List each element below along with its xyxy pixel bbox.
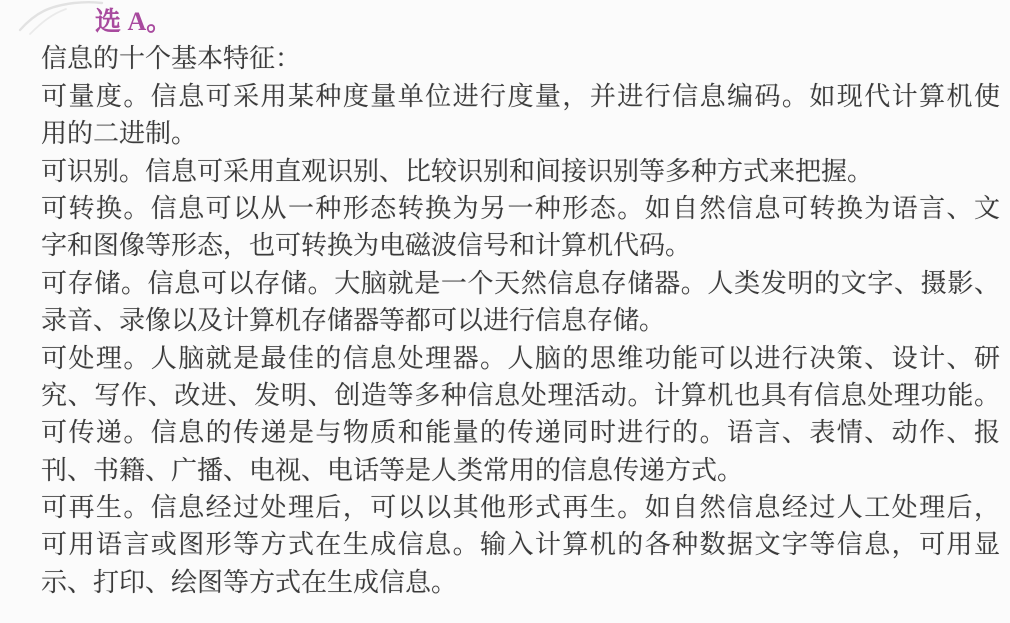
text-line: 可用语言或图形等方式在生成信息。输入计算机的各种数据文字等信息，可用显 <box>41 526 1000 563</box>
text-line: 录音、录像以及计算机存储器等都可以进行信息存储。 <box>41 302 1000 339</box>
answer-text: 选 A。 <box>41 3 1000 40</box>
text-line: 可量度。信息可采用某种度量单位进行度量，并进行信息编码。如现代计算机使 <box>41 78 1000 115</box>
text-line: 示、打印、绘图等方式在生成信息。 <box>41 564 1000 601</box>
text-line: 用的二进制。 <box>41 115 1000 152</box>
text-line: 可处理。人脑就是最佳的信息处理器。人脑的思维功能可以进行决策、设计、研 <box>41 340 1000 377</box>
text-line: 可转换。信息可以从一种形态转换为另一种形态。如自然信息可转换为语言、文 <box>41 190 1000 227</box>
text-line: 究、写作、改进、发明、创造等多种信息处理活动。计算机也具有信息处理功能。 <box>41 377 1000 414</box>
section-heading: 信息的十个基本特征： <box>41 40 1000 77</box>
document-page: 选 A。 信息的十个基本特征： 可量度。信息可采用某种度量单位进行度量，并进行信… <box>0 0 1010 623</box>
text-line: 字和图像等形态，也可转换为电磁波信号和计算机代码。 <box>41 227 1000 264</box>
text-line: 刊、书籍、广播、电视、电话等是人类常用的信息传递方式。 <box>41 452 1000 489</box>
text-line: 可再生。信息经过处理后，可以以其他形式再生。如自然信息经过人工处理后， <box>41 489 1000 526</box>
document-text-block: 选 A。 信息的十个基本特征： 可量度。信息可采用某种度量单位进行度量，并进行信… <box>41 3 1000 601</box>
text-line: 可传递。信息的传递是与物质和能量的传递同时进行的。语言、表情、动作、报 <box>41 414 1000 451</box>
text-line: 可识别。信息可采用直观识别、比较识别和间接识别等多种方式来把握。 <box>41 153 1000 190</box>
text-line: 可存储。信息可以存储。大脑就是一个天然信息存储器。人类发明的文字、摄影、 <box>41 265 1000 302</box>
